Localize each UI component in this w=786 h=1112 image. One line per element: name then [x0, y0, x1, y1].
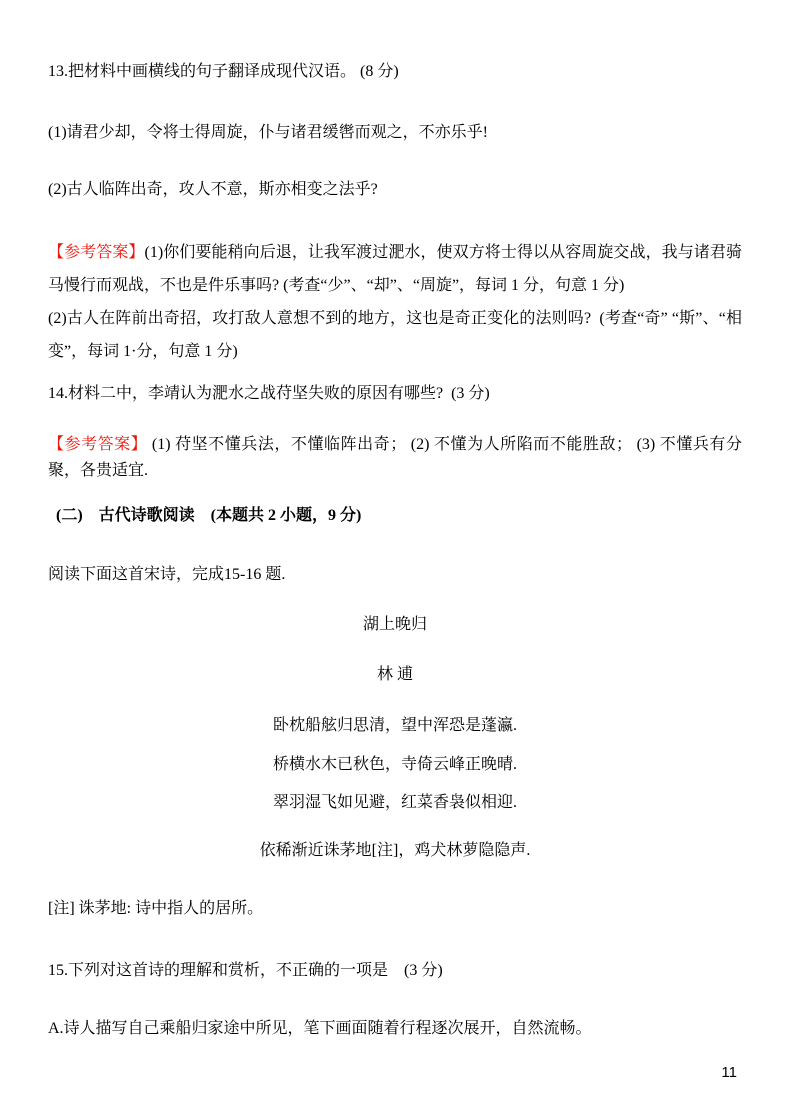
q13-answer-text-2: (2)古人在阵前出奇招，攻打敌人意想不到的地方，这也是奇正变化的法则吗? (考查…	[48, 310, 742, 360]
document-page: 13.把材料中画横线的句子翻译成现代汉语。 (8 分) (1)请君少却，令将士得…	[0, 0, 786, 1112]
poem-line-2: 桥横水木已秋色，寺倚云峰正晚晴.	[48, 749, 742, 781]
page-number: 11	[721, 1063, 737, 1083]
section2-header: (二) 古代诗歌阅读 (本题共 2 小题，9 分)	[48, 500, 742, 532]
q15-question: 15.下列对这首诗的理解和赏析，不正确的一项是 (3 分)	[48, 955, 742, 987]
q14-answer-text: (1) 苻坚不懂兵法，不懂临阵出奇； (2) 不懂为人所陷而不能胜敌； (3) …	[48, 436, 742, 479]
poem-author: 林 逋	[48, 659, 742, 691]
reading-intro: 阅读下面这首宋诗，完成15-16 题.	[48, 559, 742, 591]
poem-title: 湖上晚归	[48, 609, 742, 641]
q14-answer: 【参考答案】 (1) 苻坚不懂兵法，不懂临阵出奇； (2) 不懂为人所陷而不能胜…	[48, 432, 742, 484]
q13-answer-text-1: (1)你们要能稍向后退，让我军渡过淝水，使双方将士得以从容周旋交战，我与诸君骑马…	[48, 244, 742, 294]
q13-answer-part2: (2)古人在阵前出奇招，攻打敌人意想不到的地方，这也是奇正变化的法则吗? (考查…	[48, 302, 742, 368]
poem-line-4: 依稀渐近诛茅地[注]，鸡犬林萝隐隐声.	[48, 835, 742, 867]
q15-option-a: A.诗人描写自己乘船归家途中所见，笔下画面随着行程逐次展开，自然流畅。	[48, 1013, 742, 1045]
q13-sentence-2: (2)古人临阵出奇，攻人不意，斯亦相变之法乎?	[48, 174, 742, 206]
q14-question: 14.材料二中，李靖认为淝水之战苻坚失败的原因有哪些? (3 分)	[48, 378, 742, 410]
q13-answer-part1: 【参考答案】(1)你们要能稍向后退，让我军渡过淝水，使双方将士得以从容周旋交战，…	[48, 236, 742, 302]
poem-note: [注] 诛茅地: 诗中指人的居所。	[48, 893, 742, 925]
q13-answer-label: 【参考答案】	[48, 244, 144, 261]
q13-sentence-1: (1)请君少却，令将士得周旋，仆与诸君缓辔而观之，不亦乐乎!	[48, 117, 742, 149]
poem-line-1: 卧枕船舷归思清，望中浑恐是蓬瀛.	[48, 710, 742, 742]
q14-answer-label: 【参考答案】	[48, 436, 147, 453]
q13-question: 13.把材料中画横线的句子翻译成现代汉语。 (8 分)	[48, 56, 742, 88]
poem-line-3: 翠羽湿飞如见避，红菜香袅似相迎.	[48, 787, 742, 819]
